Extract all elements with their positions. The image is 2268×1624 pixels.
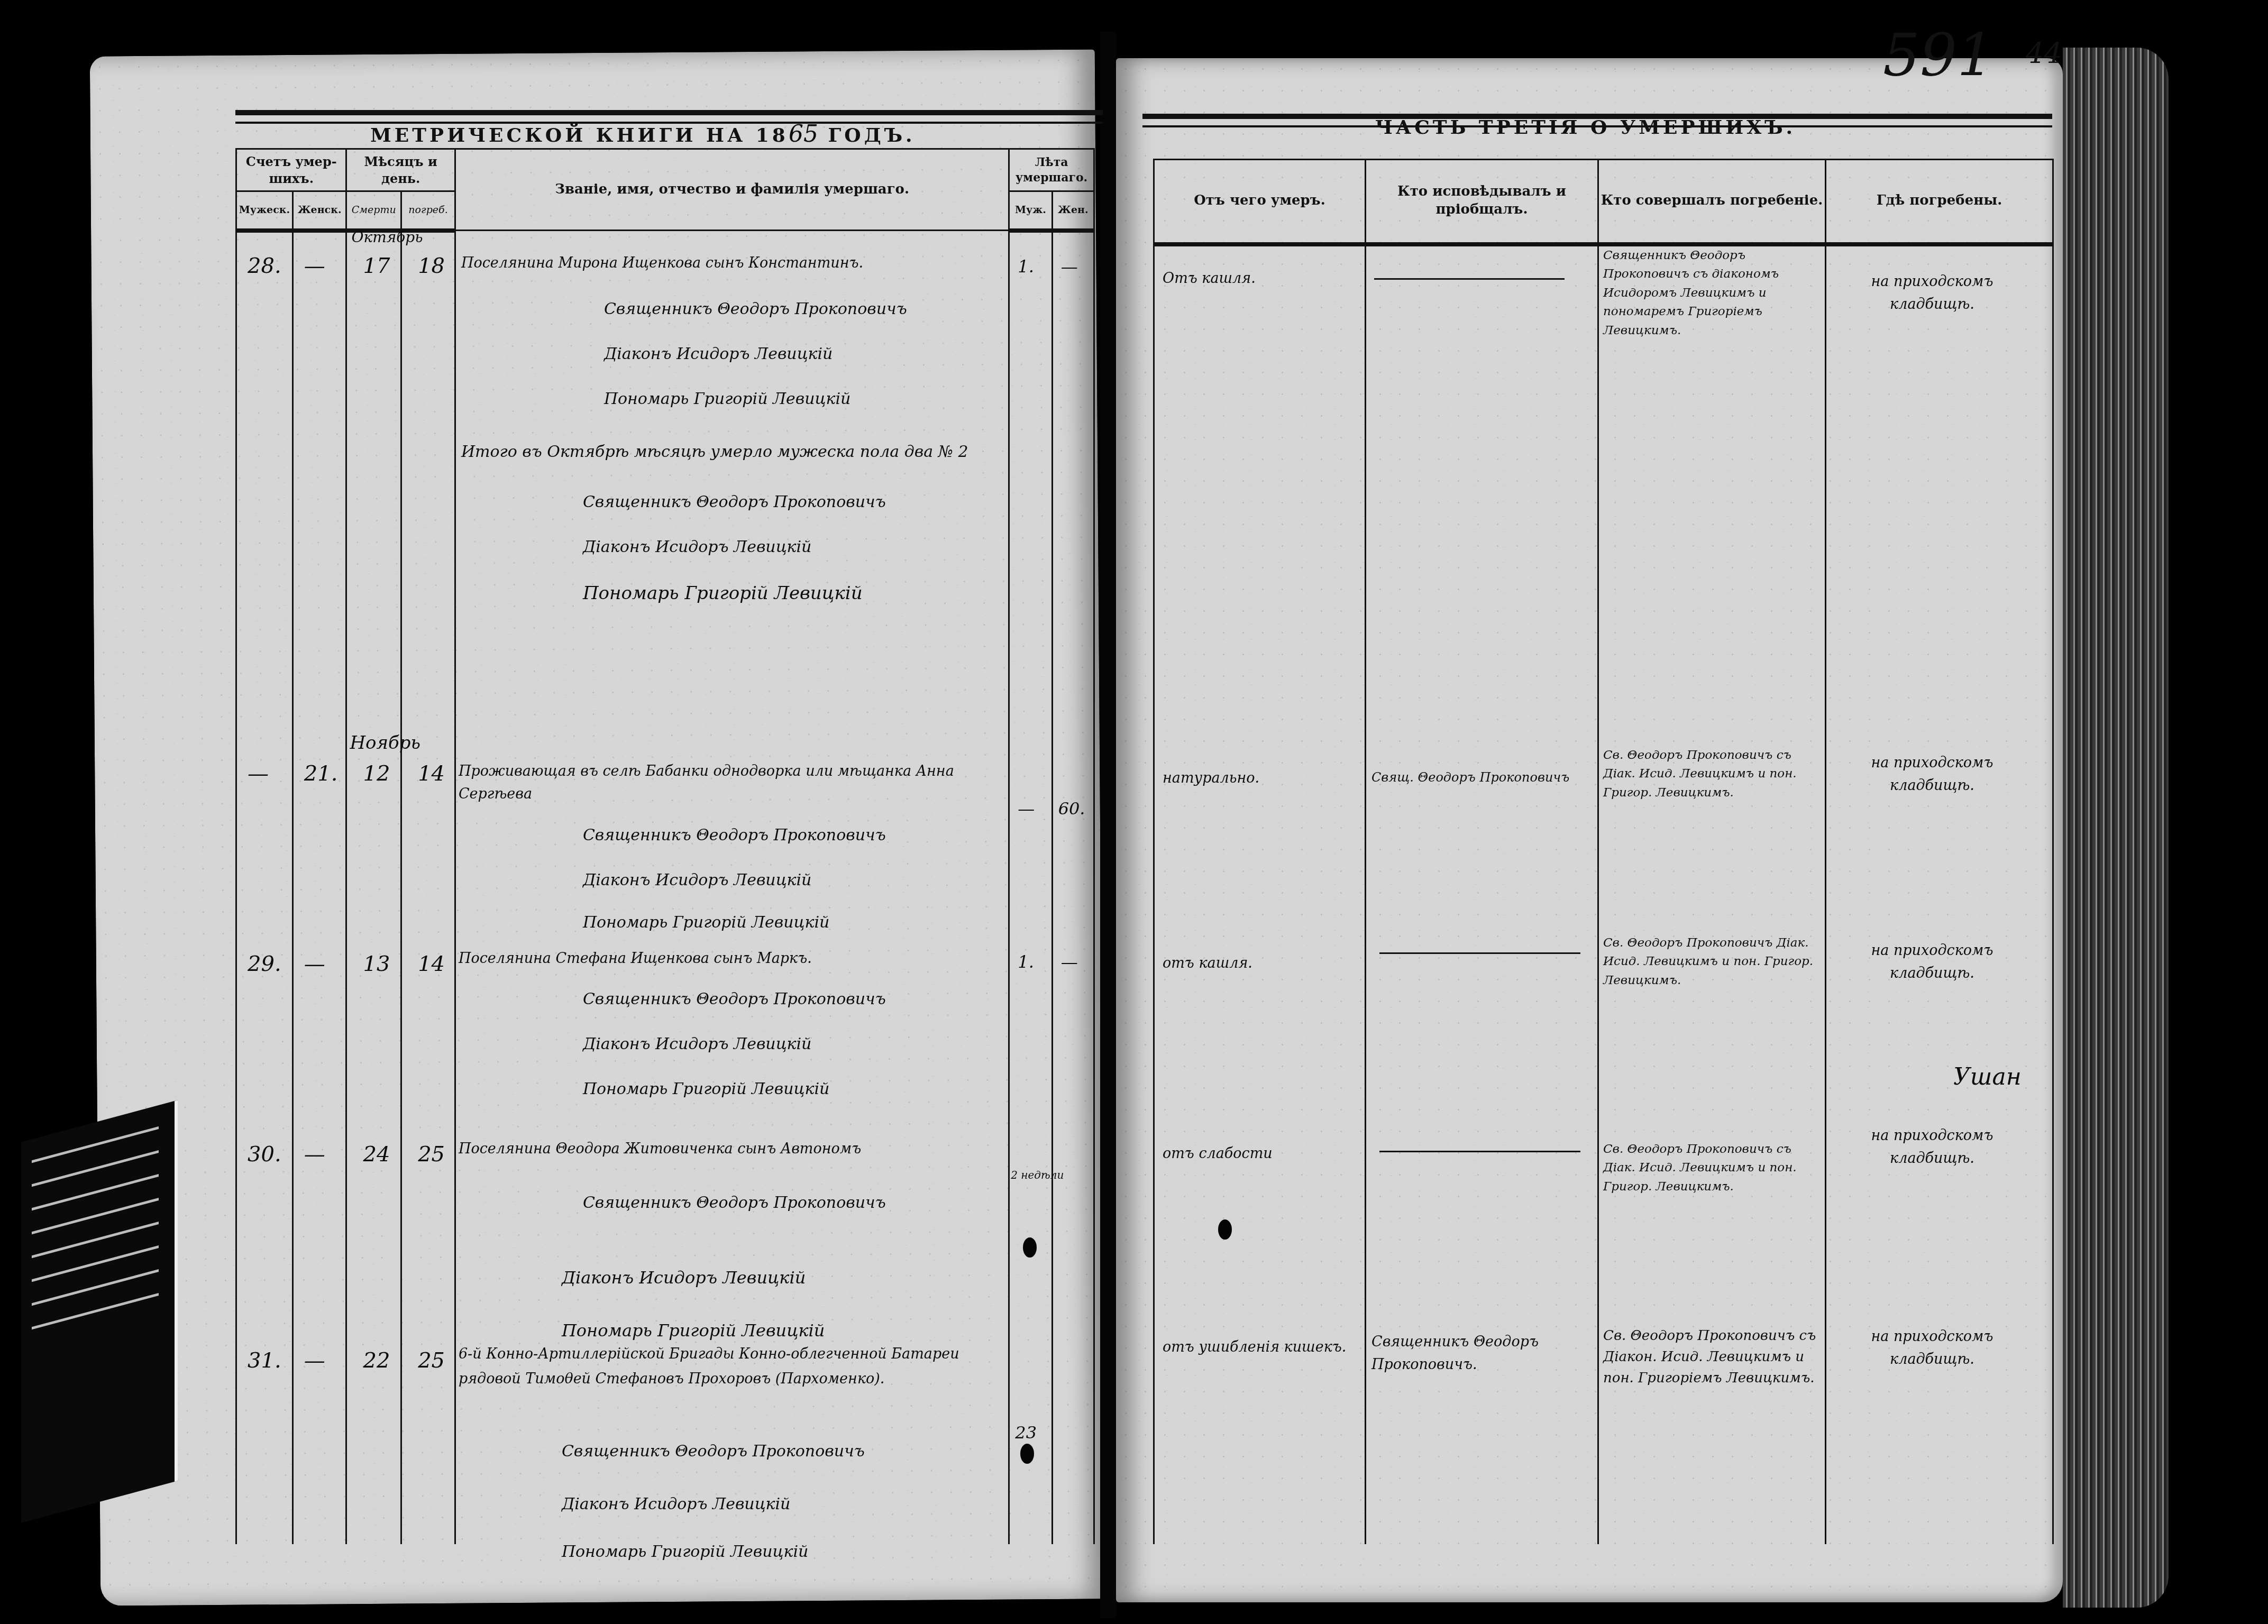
col-date-death: Смерти — [346, 191, 401, 231]
col-count-female: Женск. — [292, 191, 346, 231]
female-count-column: — 21. — — — — [292, 231, 346, 1545]
male-count-column: 28. — 29. 30. 31. — [236, 231, 293, 1545]
name-column: Поселянина Мирона Ищенкова сынъ Констант… — [455, 231, 1009, 1545]
confessor-column: Свящ. Θеодоръ Прокоповичъ Священникъ Θео… — [1366, 244, 1598, 1545]
title-year-handwritten: 65 — [789, 121, 818, 148]
entry-30-name: Поселянина Θеодора Житовиченка сынъ Авто… — [459, 1141, 861, 1157]
col-date-burial: погреб. — [401, 191, 455, 231]
age-male-column: 1. — 1. 2 недѣли 23 — [1009, 231, 1052, 1545]
col-count-male: Мужеск. — [236, 191, 293, 231]
col-date-header: Мѣсяцъ и день. — [346, 149, 455, 191]
entry-21-name: Проживающая въ селѣ Бабанки однодворка и… — [459, 760, 993, 805]
left-page-title: МЕТРИЧЕСКОЙ КНИГИ НА 1865 ГОДЪ. — [370, 121, 916, 148]
burial-by-column: Священникъ Θеодоръ Прокоповичъ съ діакон… — [1598, 244, 1826, 1545]
col-burial-place-header: Гдѣ погребены. — [1826, 160, 2053, 244]
burial-place-column: на приходскомъ кладбищѣ. на приходскомъ … — [1826, 244, 2053, 1545]
blank-dash — [1374, 278, 1565, 280]
ink-blot — [1218, 1219, 1232, 1240]
right-page-title: ЧАСТЬ ТРЕТІЯ О УМЕРШИХЪ. — [1375, 116, 1796, 139]
entry-31-name: 6-й Конно-Артиллерійской Бригады Конно-о… — [459, 1342, 993, 1392]
page-edges — [2063, 48, 2169, 1608]
col-name-header: Званіе, имя, отчество и фамилія умершаго… — [455, 149, 1009, 231]
col-burial-by-header: Кто совершалъ погребеніе. — [1598, 160, 1826, 244]
cause-column: Отъ кашля. натурально. отъ кашля. отъ сл… — [1154, 244, 1366, 1545]
blank-dash — [1379, 1151, 1580, 1152]
book-gutter — [1100, 32, 1116, 1618]
left-register-table: Счетъ умер-шихъ. Мѣсяцъ и день. Званіе, … — [235, 148, 1095, 1544]
entry-28-name: Поселянина Мирона Ищенкова сынъ Констант… — [461, 255, 863, 271]
blank-dash — [1379, 952, 1580, 954]
col-count-header: Счетъ умер-шихъ. — [236, 149, 346, 191]
col-confessor-header: Кто исповѣдывалъ и пріобщалъ. — [1366, 160, 1598, 244]
age-female-column: — 60. — — [1052, 231, 1094, 1545]
october-summary: Итого въ Октябрѣ мѣсяцѣ умерло мужеска п… — [461, 443, 968, 461]
burial-day-column: 18 14 14 25 25 — [401, 231, 455, 1545]
col-age-header: Лѣта умершаго. — [1009, 149, 1094, 191]
entry-29-name: Поселянина Стефана Ищенкова сынъ Маркъ. — [459, 950, 812, 967]
folio-number: 591 — [1883, 21, 1994, 89]
bookmark-tab — [21, 1100, 178, 1522]
col-age-female: Жен. — [1052, 191, 1094, 231]
margin-note: Ушан — [1953, 1063, 2022, 1090]
sheet-number: 44 — [2026, 37, 2062, 70]
col-cause-header: Отъ чего умеръ. — [1154, 160, 1366, 244]
right-register-table: Отъ чего умеръ. Кто исповѣдывалъ и пріоб… — [1153, 159, 2054, 1544]
ink-blot — [1023, 1237, 1037, 1258]
death-day-column: Октябрь 17 Ноябрь 12 13 24 22 — [346, 231, 401, 1545]
ink-blot — [1020, 1444, 1034, 1464]
col-age-male: Муж. — [1009, 191, 1052, 231]
